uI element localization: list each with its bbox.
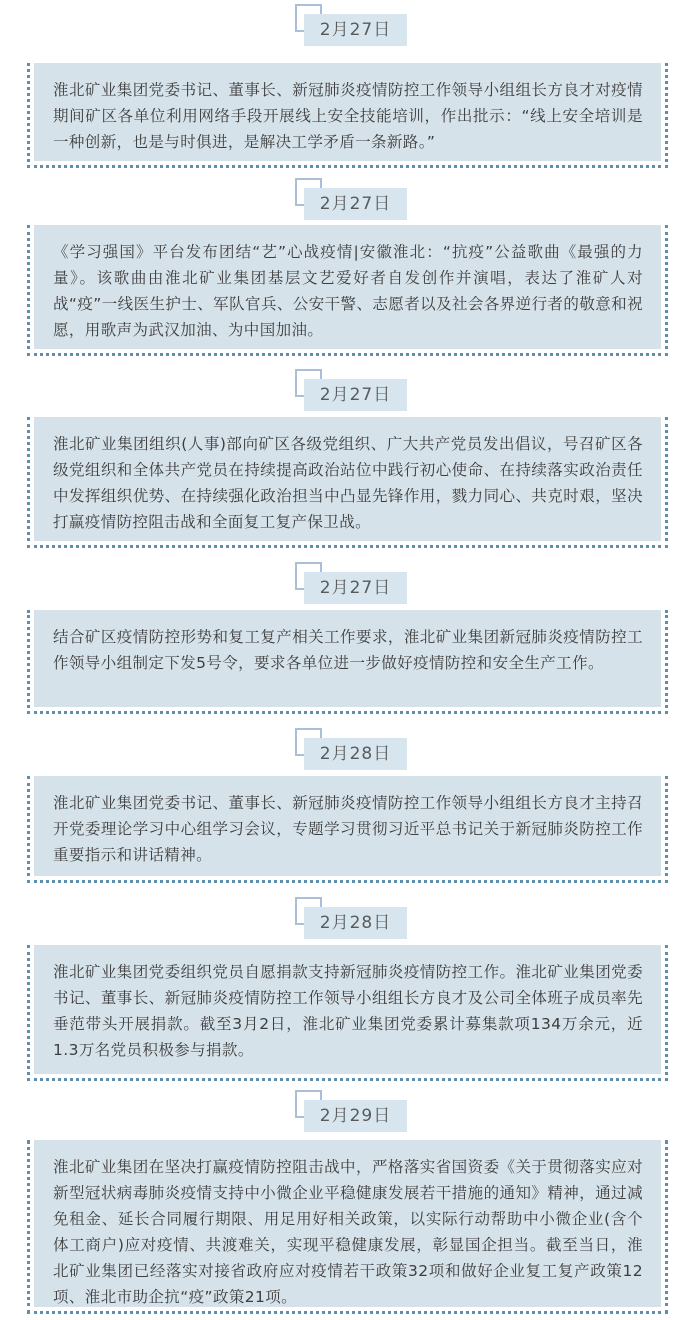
event-text: 淮北矿业集团党委书记、董事长、新冠肺炎疫情防控工作领导小组组长方良才主持召开党委… bbox=[53, 790, 643, 868]
event-text: 淮北矿业集团在坚决打赢疫情防控阻击战中，严格落实省国资委《关于贯彻落实应对新型冠… bbox=[53, 1154, 643, 1310]
event-card: 结合矿区疫情防控形势和复工复产相关工作要求，淮北矿业集团新冠肺炎疫情防控工作领导… bbox=[27, 610, 668, 714]
date-label: 2月28日 bbox=[304, 738, 407, 770]
event-card: 淮北矿业集团党委书记、董事长、新冠肺炎疫情防控工作领导小组组长方良才对疫情期间矿… bbox=[27, 63, 668, 168]
event-text: 淮北矿业集团党委组织党员自愿捐款支持新冠肺炎疫情防控工作。淮北矿业集团党委书记、… bbox=[53, 959, 643, 1063]
card-body: 淮北矿业集团在坚决打赢疫情防控阻击战中，严格落实省国资委《关于贯彻落实应对新型冠… bbox=[34, 1140, 661, 1307]
date-tag: 2月27日 bbox=[295, 562, 408, 602]
card-body: 淮北矿业集团党委书记、董事长、新冠肺炎疫情防控工作领导小组组长方良才主持召开党委… bbox=[34, 776, 661, 876]
date-tag: 2月27日 bbox=[295, 4, 408, 44]
date-tag: 2月27日 bbox=[295, 369, 408, 409]
event-text: 淮北矿业集团组织(人事)部向矿区各级党组织、广大共产党员发出倡议，号召矿区各级党… bbox=[53, 431, 643, 535]
date-tag: 2月28日 bbox=[295, 728, 408, 768]
card-body: 淮北矿业集团组织(人事)部向矿区各级党组织、广大共产党员发出倡议，号召矿区各级党… bbox=[34, 417, 661, 541]
date-label: 2月27日 bbox=[304, 188, 407, 220]
event-text: 结合矿区疫情防控形势和复工复产相关工作要求，淮北矿业集团新冠肺炎疫情防控工作领导… bbox=[53, 624, 643, 676]
date-tag: 2月28日 bbox=[295, 897, 408, 937]
card-body: 淮北矿业集团党委书记、董事长、新冠肺炎疫情防控工作领导小组组长方良才对疫情期间矿… bbox=[34, 63, 661, 161]
card-body: 淮北矿业集团党委组织党员自愿捐款支持新冠肺炎疫情防控工作。淮北矿业集团党委书记、… bbox=[34, 945, 661, 1074]
date-label: 2月27日 bbox=[304, 379, 407, 411]
event-card: 淮北矿业集团组织(人事)部向矿区各级党组织、广大共产党员发出倡议，号召矿区各级党… bbox=[27, 417, 668, 548]
date-label: 2月27日 bbox=[304, 572, 407, 604]
event-text: 淮北矿业集团党委书记、董事长、新冠肺炎疫情防控工作领导小组组长方良才对疫情期间矿… bbox=[53, 77, 643, 155]
card-body: 结合矿区疫情防控形势和复工复产相关工作要求，淮北矿业集团新冠肺炎疫情防控工作领导… bbox=[34, 610, 661, 707]
event-card: 《学习强国》平台发布团结“艺”心战疫情|安徽淮北：“抗疫”公益歌曲《最强的力量》… bbox=[27, 225, 668, 356]
event-text: 《学习强国》平台发布团结“艺”心战疫情|安徽淮北：“抗疫”公益歌曲《最强的力量》… bbox=[53, 239, 643, 343]
date-label: 2月29日 bbox=[304, 1100, 407, 1132]
date-tag: 2月27日 bbox=[295, 178, 408, 218]
event-card: 淮北矿业集团党委书记、董事长、新冠肺炎疫情防控工作领导小组组长方良才主持召开党委… bbox=[27, 776, 668, 883]
date-tag: 2月29日 bbox=[295, 1090, 408, 1130]
card-body: 《学习强国》平台发布团结“艺”心战疫情|安徽淮北：“抗疫”公益歌曲《最强的力量》… bbox=[34, 225, 661, 349]
date-label: 2月28日 bbox=[304, 907, 407, 939]
event-card: 淮北矿业集团在坚决打赢疫情防控阻击战中，严格落实省国资委《关于贯彻落实应对新型冠… bbox=[27, 1140, 668, 1314]
date-label: 2月27日 bbox=[304, 14, 407, 46]
event-card: 淮北矿业集团党委组织党员自愿捐款支持新冠肺炎疫情防控工作。淮北矿业集团党委书记、… bbox=[27, 945, 668, 1081]
